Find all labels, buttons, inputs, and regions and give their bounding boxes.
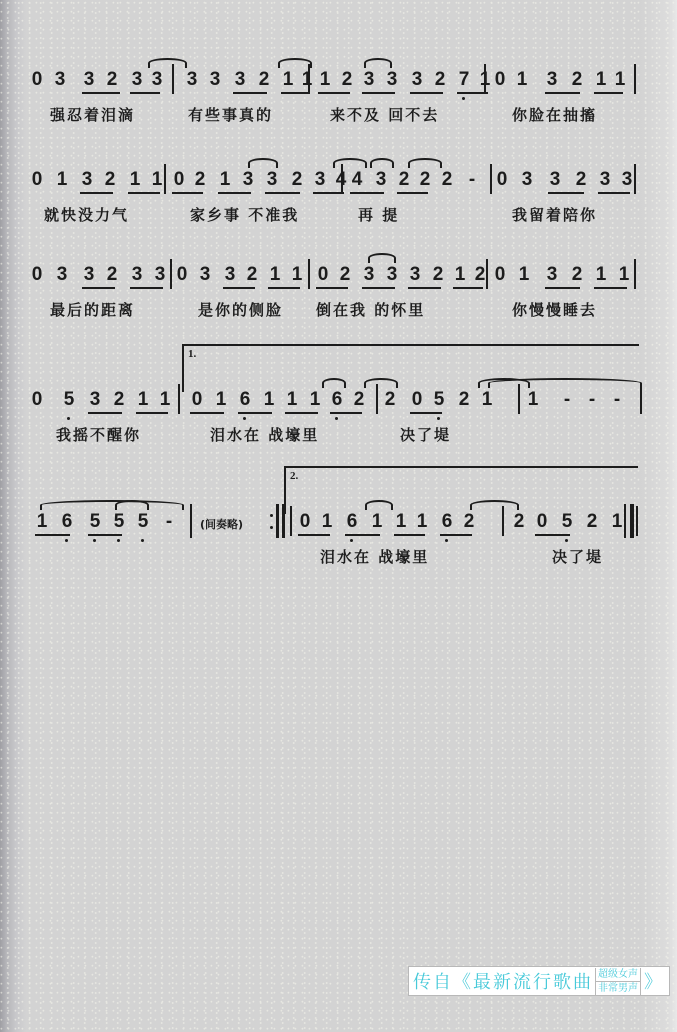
note: 1 (281, 70, 295, 90)
note: 3 (88, 390, 102, 410)
low-octave-dot (335, 417, 338, 420)
note: 3 (233, 70, 247, 90)
beam-underline (238, 412, 272, 414)
tie-slur (115, 500, 149, 510)
note: 3 (82, 70, 96, 90)
volta-bracket (284, 466, 638, 514)
tie-slur (364, 58, 392, 68)
low-octave-dot (67, 417, 70, 420)
note: 1 (158, 390, 172, 410)
note: 3 (545, 265, 559, 285)
lyric-text: 泪水在 战壕里 (320, 546, 429, 567)
note: 3 (150, 70, 164, 90)
note: 1 (515, 70, 529, 90)
bar-line (486, 259, 488, 289)
note: 2 (105, 265, 119, 285)
note: 0 (30, 70, 44, 90)
note: 0 (30, 390, 44, 410)
low-octave-dot (141, 539, 144, 542)
score-line: 033233强忍着泪滴333211有些事真的12333271来不及 回不去013… (0, 70, 677, 150)
note: 3 (545, 70, 559, 90)
note: 5 (560, 512, 574, 532)
volta-label: 1. (188, 348, 196, 360)
score-line: 013211就快没力气02133234家乡事 不准我43222-再 提03323… (0, 170, 677, 250)
low-octave-dot (93, 539, 96, 542)
interlude-note: (间奏略) (200, 516, 243, 532)
lyric-text: 泪水在 战壕里 (210, 424, 319, 445)
note: 2 (512, 512, 526, 532)
note: 2 (570, 265, 584, 285)
note: 3 (265, 170, 279, 190)
beam-underline (268, 287, 300, 289)
bar-line (640, 384, 642, 414)
score-line: 16555-01611162泪水在 战壕里20521决了堤2.(间奏略) (0, 512, 677, 592)
bar-line (490, 164, 492, 194)
lyric-text: 最后的距离 (50, 299, 135, 320)
beam-underline (362, 287, 395, 289)
note: 1 (128, 170, 142, 190)
beam-underline (548, 192, 584, 194)
note: 1 (594, 265, 608, 285)
lyric-text: 我摇不醒你 (56, 424, 141, 445)
note: 0 (30, 170, 44, 190)
bar-line (178, 384, 180, 414)
source-credit-close: 》 (641, 968, 662, 994)
note: 1 (320, 512, 334, 532)
note: 2 (383, 390, 397, 410)
beam-underline (545, 92, 580, 94)
beam-underline (330, 412, 362, 414)
note: 2 (193, 170, 207, 190)
note: 1 (370, 512, 384, 532)
note: 2 (431, 265, 445, 285)
repeat-dot (270, 514, 273, 517)
low-octave-dot (65, 539, 68, 542)
note: 2 (570, 70, 584, 90)
note: 3 (374, 170, 388, 190)
note: 3 (130, 70, 144, 90)
tie-slur (488, 378, 642, 388)
tie-slur (148, 58, 187, 68)
note: 6 (440, 512, 454, 532)
note: 3 (80, 170, 94, 190)
note: 2 (257, 70, 271, 90)
note: 1 (617, 265, 631, 285)
note: 2 (418, 170, 432, 190)
beam-underline (397, 192, 428, 194)
source-credit-subtitles: 超级女声 非常男声 (595, 968, 641, 995)
note: 1 (268, 265, 282, 285)
note: 1 (218, 170, 232, 190)
note: 2 (462, 512, 476, 532)
beam-underline (80, 192, 113, 194)
note: 2 (340, 70, 354, 90)
note: 1 (594, 70, 608, 90)
beam-underline (130, 92, 160, 94)
score-line: 053211我摇不醒你01611162泪水在 战壕里20521决了堤1---1. (0, 390, 677, 470)
note: 2 (473, 265, 487, 285)
beam-underline (82, 92, 120, 94)
beam-underline (88, 412, 122, 414)
note: 3 (408, 265, 422, 285)
tie-slur (370, 158, 394, 168)
note: 2 (245, 265, 259, 285)
note: 5 (88, 512, 102, 532)
note: 0 (535, 512, 549, 532)
beam-underline (35, 534, 70, 536)
beam-underline (128, 192, 160, 194)
tie-slur (333, 158, 367, 168)
sheet-music-page: 033233强忍着泪滴333211有些事真的12333271来不及 回不去013… (0, 0, 677, 1032)
note: 1 (214, 390, 228, 410)
note: 2 (574, 170, 588, 190)
note: 1 (394, 512, 408, 532)
beam-underline (535, 534, 570, 536)
bar-line (308, 64, 310, 94)
bar-line (484, 64, 486, 94)
note: 2 (103, 170, 117, 190)
lyric-text: 决了堤 (552, 546, 603, 567)
beam-underline (594, 92, 623, 94)
subtitle-top: 超级女声 (596, 968, 640, 982)
note: 7 (457, 70, 471, 90)
lyric-text: 就快没力气 (44, 204, 129, 225)
low-octave-dot (243, 417, 246, 420)
sustain-dash: - (465, 170, 479, 190)
beam-underline (88, 534, 122, 536)
bar-line (164, 164, 166, 194)
lyric-text: 我留着陪你 (512, 204, 597, 225)
note: 2 (585, 512, 599, 532)
low-octave-dot (462, 97, 465, 100)
bar-line (308, 259, 310, 289)
tie-slur (248, 158, 278, 168)
beam-underline (190, 412, 224, 414)
beam-underline (285, 412, 318, 414)
beam-underline (345, 534, 380, 536)
score-line: 033233最后的距离033211是你的侧脸02333212倒在我 的怀里013… (0, 265, 677, 345)
beam-underline (410, 412, 442, 414)
lyric-text: 倒在我 的怀里 (316, 299, 425, 320)
bar-line (624, 504, 626, 538)
note: 3 (548, 170, 562, 190)
note: 3 (82, 265, 96, 285)
note: 0 (493, 70, 507, 90)
beam-underline (265, 192, 300, 194)
sustain-dash: - (610, 390, 624, 410)
note: 4 (350, 170, 364, 190)
lyric-text: 有些事真的 (188, 104, 273, 125)
note: 5 (136, 512, 150, 532)
repeat-dot (270, 526, 273, 529)
beam-underline (362, 92, 395, 94)
sustain-dash: - (560, 390, 574, 410)
lyric-text: 决了堤 (400, 424, 451, 445)
note: 5 (62, 390, 76, 410)
note: 2 (352, 390, 366, 410)
note: 1 (453, 265, 467, 285)
beam-underline (598, 192, 630, 194)
note: 2 (440, 170, 454, 190)
low-octave-dot (445, 539, 448, 542)
low-octave-dot (565, 539, 568, 542)
beam-underline (82, 287, 115, 289)
beam-underline (313, 192, 344, 194)
note: 1 (285, 390, 299, 410)
note: 3 (385, 265, 399, 285)
lyric-text: 强忍着泪滴 (50, 104, 135, 125)
tie-slur (278, 58, 312, 68)
note: 6 (345, 512, 359, 532)
beam-underline (410, 92, 443, 94)
beam-underline (172, 192, 203, 194)
beam-underline (453, 287, 483, 289)
note: 3 (223, 265, 237, 285)
tie-slur (322, 378, 346, 388)
lyric-text: 你慢慢睡去 (512, 299, 597, 320)
low-octave-dot (117, 539, 120, 542)
note: 0 (316, 265, 330, 285)
note: 0 (30, 265, 44, 285)
note: 5 (432, 390, 446, 410)
note: 3 (55, 265, 69, 285)
note: 3 (313, 170, 327, 190)
note: 1 (290, 265, 304, 285)
lyric-text: 家乡事 不准我 (190, 204, 299, 225)
beam-underline (218, 192, 251, 194)
note: 3 (598, 170, 612, 190)
note: 0 (175, 265, 189, 285)
tie-slur (470, 500, 519, 510)
lyric-text: 再 提 (358, 204, 399, 225)
note: 3 (185, 70, 199, 90)
beam-underline (298, 534, 330, 536)
bar-line (170, 259, 172, 289)
note: 3 (198, 265, 212, 285)
note: 3 (208, 70, 222, 90)
note: 6 (60, 512, 74, 532)
note: 1 (35, 512, 49, 532)
bar-line (282, 504, 285, 538)
low-octave-dot (350, 539, 353, 542)
note: 0 (493, 265, 507, 285)
beam-underline (233, 92, 267, 94)
bar-line (172, 64, 174, 94)
beam-underline (394, 534, 425, 536)
note: 2 (112, 390, 126, 410)
note: 3 (362, 265, 376, 285)
volta-label: 2. (290, 470, 298, 482)
bar-line (190, 504, 192, 538)
tie-slur (368, 253, 396, 263)
beam-underline (130, 287, 163, 289)
tie-slur (40, 500, 184, 510)
note: 2 (433, 70, 447, 90)
note: 2 (290, 170, 304, 190)
note: 1 (415, 512, 429, 532)
bar-line (341, 164, 343, 194)
note: 1 (526, 390, 540, 410)
note: 1 (136, 390, 150, 410)
lyric-text: 是你的侧脸 (198, 299, 283, 320)
note: 2 (338, 265, 352, 285)
bar-line (634, 64, 636, 94)
tie-slur (364, 378, 398, 388)
note: 2 (457, 390, 471, 410)
bar-line (634, 164, 636, 194)
note: 0 (172, 170, 186, 190)
bar-line (634, 259, 636, 289)
note: 2 (105, 70, 119, 90)
source-credit-title: 传自《最新流行歌曲 (409, 968, 593, 994)
low-octave-dot (437, 417, 440, 420)
beam-underline (440, 534, 472, 536)
note: 1 (308, 390, 322, 410)
lyric-text: 你脸在抽搐 (512, 104, 597, 125)
note: 3 (520, 170, 534, 190)
beam-underline (594, 287, 627, 289)
note: 6 (330, 390, 344, 410)
note: 3 (130, 265, 144, 285)
beam-underline (223, 287, 255, 289)
tie-slur (365, 500, 393, 510)
beam-underline (136, 412, 168, 414)
note: 1 (517, 265, 531, 285)
source-credit-box: 传自《最新流行歌曲 超级女声 非常男声 》 (408, 966, 670, 996)
bar-line (630, 504, 634, 538)
beam-underline (281, 92, 310, 94)
note: 1 (318, 70, 332, 90)
note: 1 (150, 170, 164, 190)
note: 1 (613, 70, 627, 90)
note: 0 (410, 390, 424, 410)
note: 1 (262, 390, 276, 410)
note: 5 (112, 512, 126, 532)
note: 3 (241, 170, 255, 190)
sustain-dash: - (162, 512, 176, 532)
note: 3 (410, 70, 424, 90)
note: 1 (55, 170, 69, 190)
note: 0 (495, 170, 509, 190)
bar-line (276, 504, 279, 538)
note: 3 (385, 70, 399, 90)
beam-underline (545, 287, 580, 289)
note: 1 (300, 70, 314, 90)
subtitle-bottom: 非常男声 (596, 982, 640, 995)
beam-underline (350, 192, 384, 194)
beam-underline (316, 287, 348, 289)
note: 1 (480, 390, 494, 410)
note: 2 (397, 170, 411, 190)
note: 1 (610, 512, 624, 532)
beam-underline (318, 92, 350, 94)
sustain-dash: - (585, 390, 599, 410)
note: 3 (620, 170, 634, 190)
note: 0 (190, 390, 204, 410)
note: 3 (153, 265, 167, 285)
note: 3 (362, 70, 376, 90)
tie-slur (408, 158, 442, 168)
note: 3 (53, 70, 67, 90)
note: 6 (238, 390, 252, 410)
beam-underline (408, 287, 441, 289)
lyric-text: 来不及 回不去 (330, 104, 439, 125)
note: 0 (298, 512, 312, 532)
